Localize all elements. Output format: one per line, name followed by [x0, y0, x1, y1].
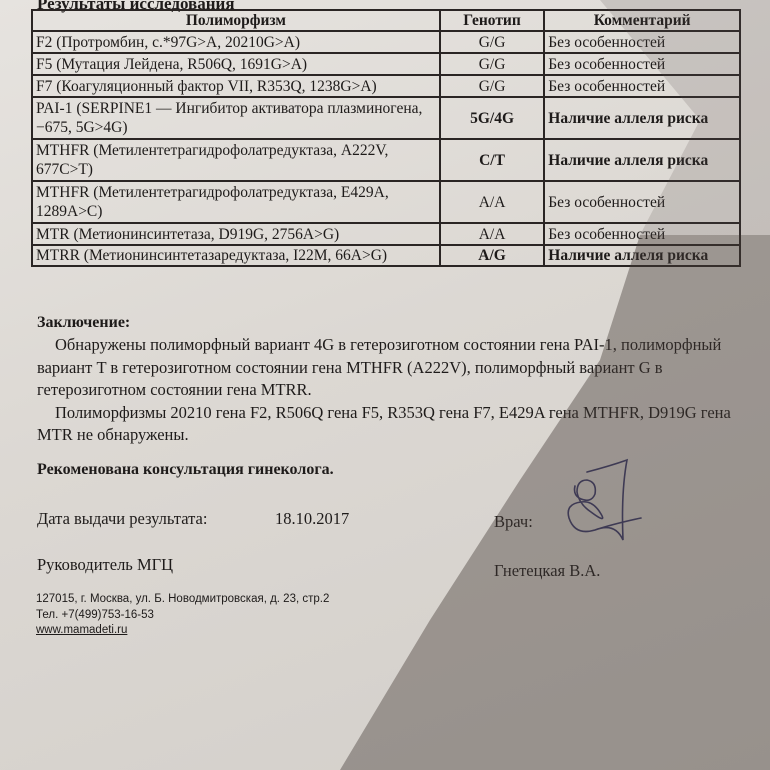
table-header-row: Полиморфизм Генотип Комментарий — [32, 10, 740, 31]
table-row: F5 (Мутация Лейдена, R506Q, 1691G>A) G/G… — [32, 53, 740, 75]
footer-address: 127015, г. Москва, ул. Б. Новодмитровска… — [36, 592, 329, 608]
table-row: F2 (Протромбин, с.*97G>A, 20210G>A) G/G … — [32, 31, 740, 53]
genotype-cell: G/G — [440, 31, 544, 53]
genotype-cell: C/T — [440, 139, 544, 181]
doctor-label: Врач: — [494, 512, 533, 532]
polymorphism-cell: F7 (Коагуляционный фактор VII, R353Q, 12… — [32, 75, 440, 97]
comment-cell: Наличие аллеля риска — [544, 245, 740, 266]
genotype-cell: G/G — [440, 53, 544, 75]
polymorphism-cell: F2 (Протромбин, с.*97G>A, 20210G>A) — [32, 31, 440, 53]
table-row: MTHFR (Метилентетрагидрофолатредуктаза, … — [32, 181, 740, 223]
footer-website-link[interactable]: www.mamadeti.ru — [36, 623, 329, 639]
conclusion-block: Заключение: Обнаружены полиморфный вариа… — [37, 312, 757, 446]
comment-cell: Наличие аллеля риска — [544, 97, 740, 139]
comment-cell: Без особенностей — [544, 181, 740, 223]
comment-cell: Без особенностей — [544, 75, 740, 97]
recommendation: Рекоменована консультация гинеколога. — [37, 461, 334, 479]
genotype-cell: A/A — [440, 181, 544, 223]
issue-date-value: 18.10.2017 — [275, 509, 349, 529]
conclusion-heading: Заключение: — [37, 312, 757, 334]
conclusion-paragraph-findings: Обнаружены полиморфный вариант 4G в гете… — [37, 334, 757, 401]
table-row: MTR (Метионинсинтетаза, D919G, 2756A>G) … — [32, 223, 740, 245]
polymorphism-cell: MTHFR (Метилентетрагидрофолатредуктаза, … — [32, 139, 440, 181]
head-of-center-label: Руководитель МГЦ — [37, 555, 173, 575]
table-row: MTRR (Метионинсинтетазаредуктаза, I22M, … — [32, 245, 740, 266]
genotype-cell: G/G — [440, 75, 544, 97]
comment-cell: Без особенностей — [544, 31, 740, 53]
table-row: MTHFR (Метилентетрагидрофолатредуктаза, … — [32, 139, 740, 181]
polymorphism-cell: MTHFR (Метилентетрагидрофолатредуктаза, … — [32, 181, 440, 223]
footer-phone: Тел. +7(499)753-16-53 — [36, 608, 329, 624]
header-genotype: Генотип — [440, 10, 544, 31]
conclusion-paragraph-not-found: Полиморфизмы 20210 гена F2, R506Q гена F… — [37, 402, 757, 447]
genotype-cell: A/A — [440, 223, 544, 245]
results-table: Полиморфизм Генотип Комментарий F2 (Прот… — [31, 9, 741, 267]
polymorphism-cell: F5 (Мутация Лейдена, R506Q, 1691G>A) — [32, 53, 440, 75]
polymorphism-cell: PAI-1 (SERPINE1 — Ингибитор активатора п… — [32, 97, 440, 139]
genotype-cell: 5G/4G — [440, 97, 544, 139]
polymorphism-cell: MTR (Метионинсинтетаза, D919G, 2756A>G) — [32, 223, 440, 245]
footer-contacts: 127015, г. Москва, ул. Б. Новодмитровска… — [36, 592, 329, 639]
header-comment: Комментарий — [544, 10, 740, 31]
doctor-name: Гнетецкая В.А. — [494, 561, 600, 581]
signature-icon — [555, 452, 645, 547]
polymorphism-cell: MTRR (Метионинсинтетазаредуктаза, I22M, … — [32, 245, 440, 266]
comment-cell: Без особенностей — [544, 223, 740, 245]
table-row: F7 (Коагуляционный фактор VII, R353Q, 12… — [32, 75, 740, 97]
issue-date-label: Дата выдачи результата: — [37, 509, 207, 529]
header-polymorphism: Полиморфизм — [32, 10, 440, 31]
comment-cell: Без особенностей — [544, 53, 740, 75]
table-row: PAI-1 (SERPINE1 — Ингибитор активатора п… — [32, 97, 740, 139]
genotype-cell: A/G — [440, 245, 544, 266]
comment-cell: Наличие аллеля риска — [544, 139, 740, 181]
